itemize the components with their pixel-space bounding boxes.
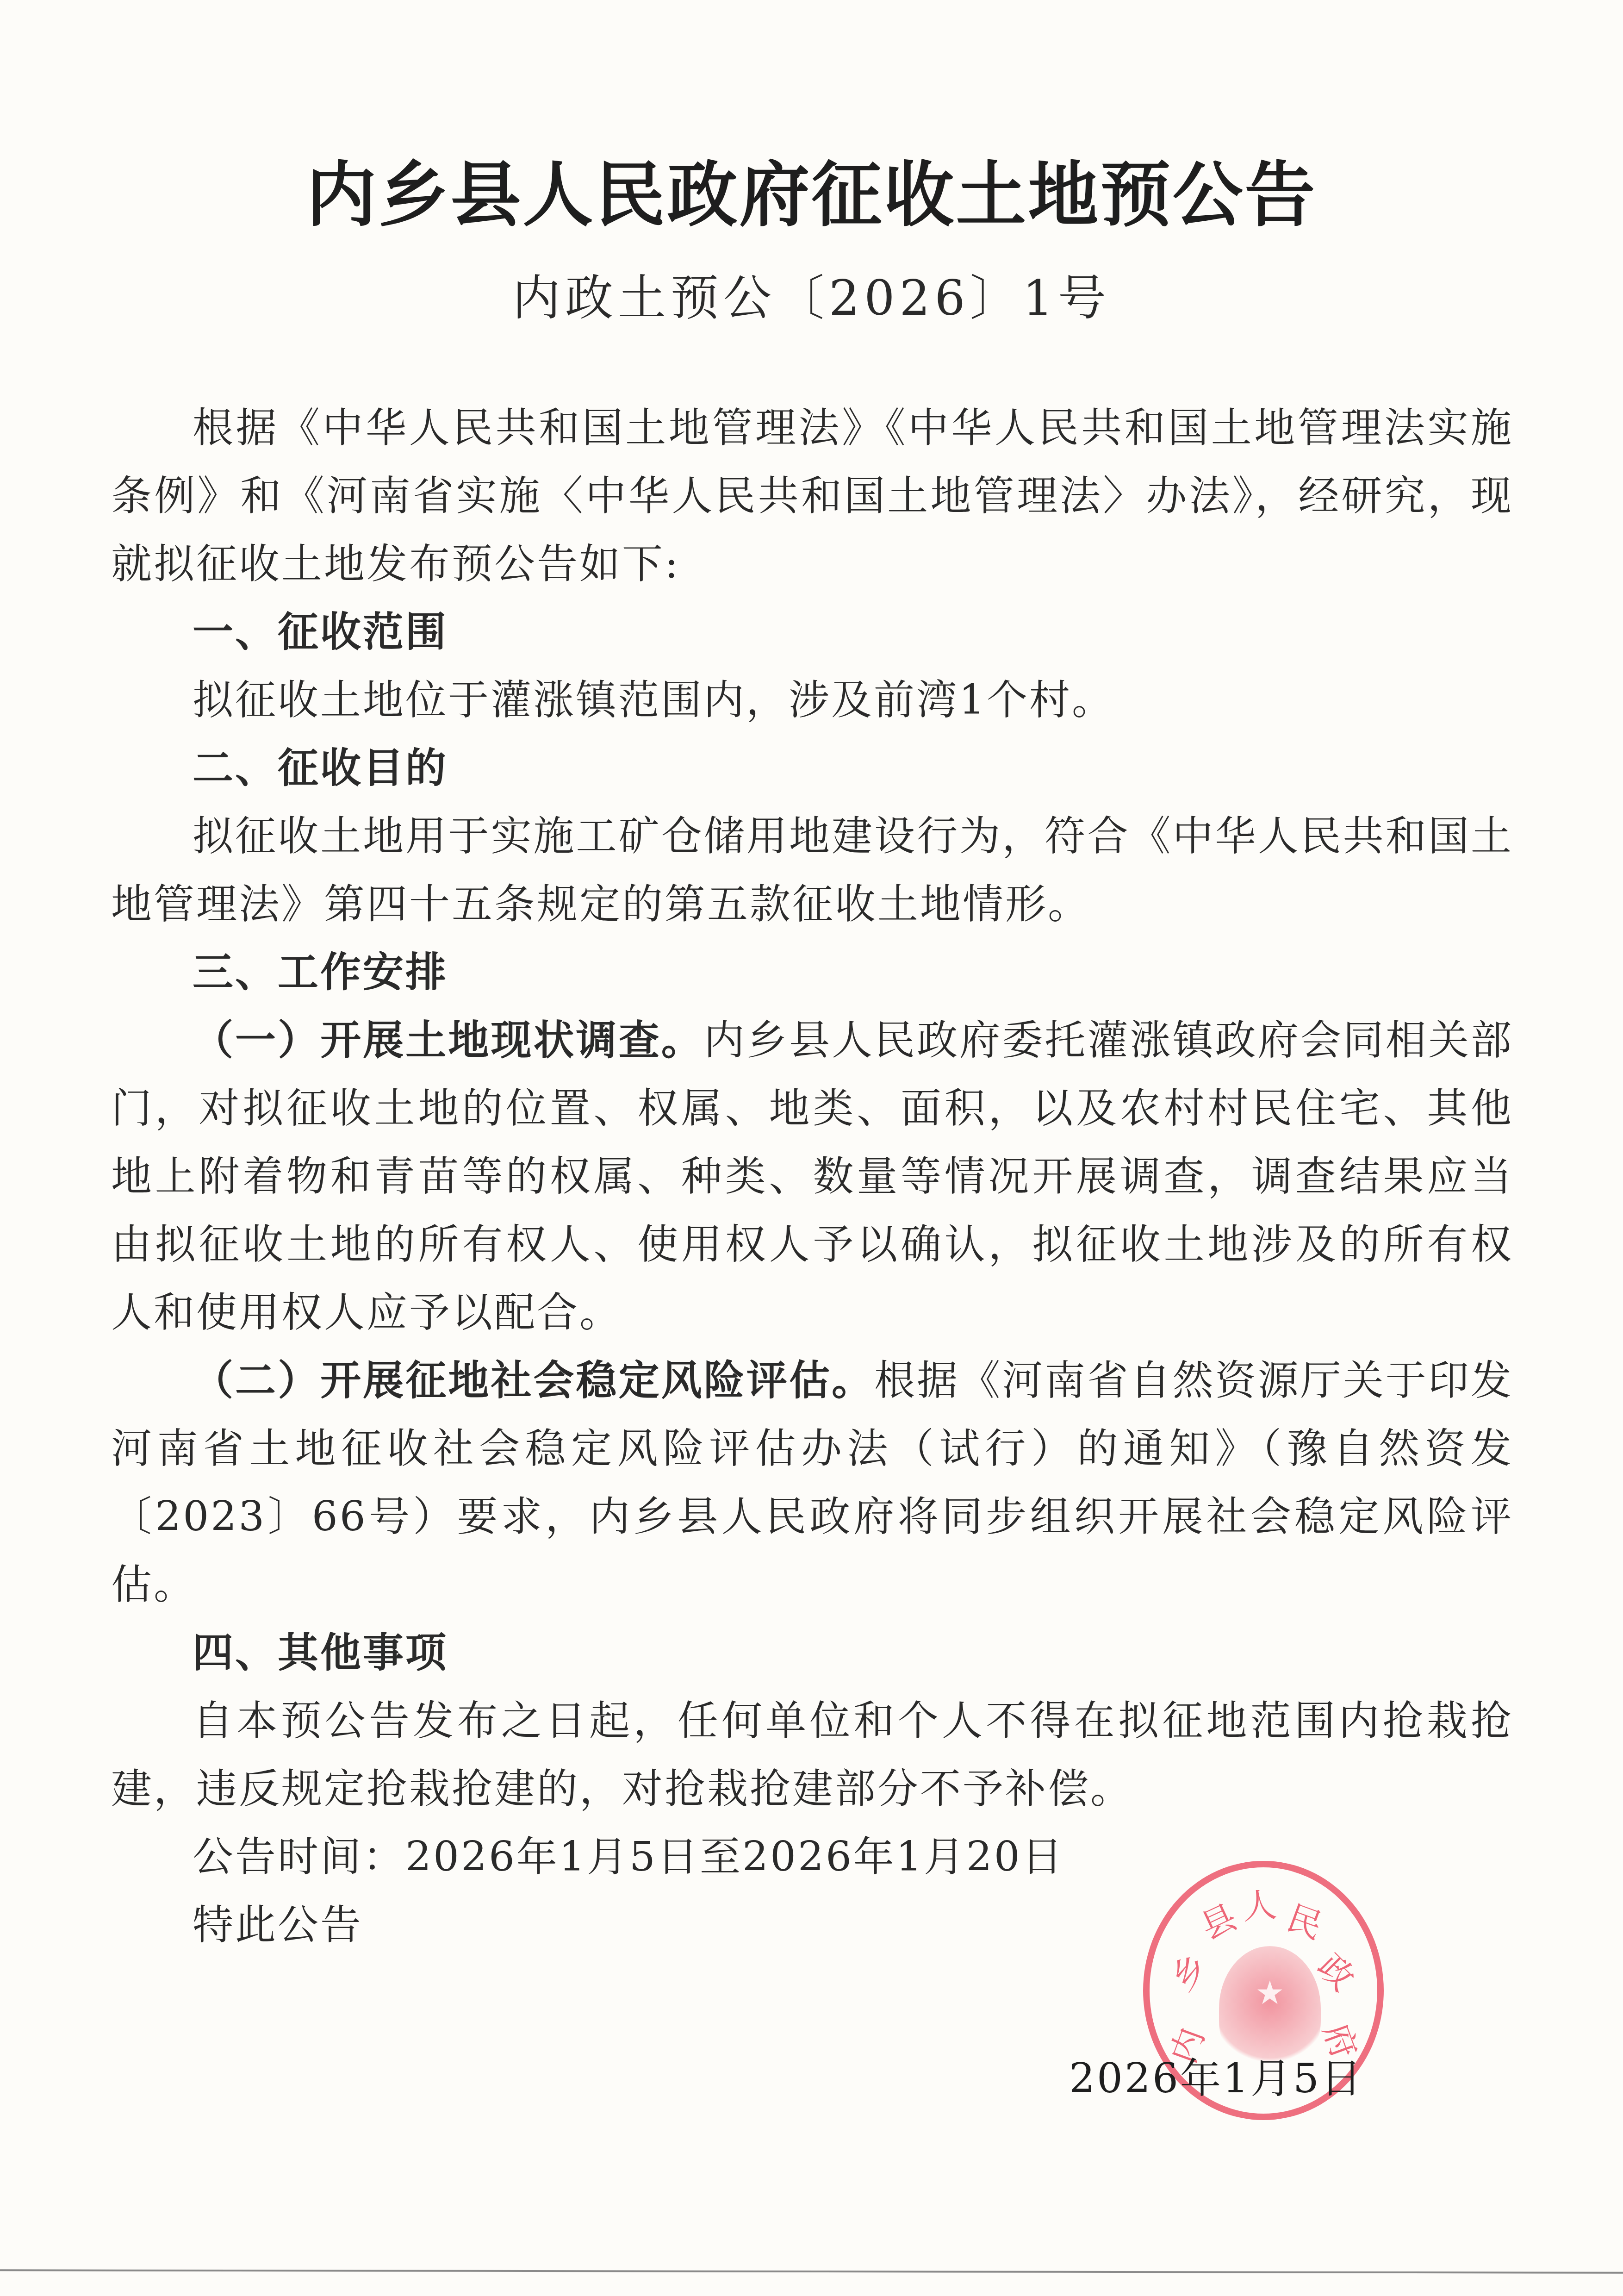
- seal-char: 乡: [1158, 1941, 1217, 2000]
- arrangement-survey-paragraph: （一）开展土地现状调查。内乡县人民政府委托灌涨镇政府会同相关部门，对拟征收土地的…: [111, 1006, 1513, 1346]
- seal-char: 人: [1240, 1878, 1279, 1929]
- signature-date: 2026年1月5日: [1069, 2046, 1363, 2104]
- section-heading-purpose: 二、征收目的: [111, 734, 1513, 802]
- page-bottom-rule: [0, 2269, 1623, 2274]
- section-heading-scope: 一、征收范围: [111, 598, 1513, 666]
- purpose-paragraph: 拟征收土地用于实施工矿仓储用地建设行为，符合《中华人民共和国土地管理法》第四十五…: [111, 802, 1513, 938]
- survey-text: 内乡县人民政府委托灌涨镇政府会同相关部门，对拟征收土地的位置、权属、地类、面积，…: [111, 1016, 1513, 1336]
- star-icon: ★: [1219, 1974, 1321, 2012]
- section-heading-other: 四、其他事项: [111, 1618, 1513, 1686]
- other-paragraph: 自本预公告发布之日起，任何单位和个人不得在拟征地范围内抢栽抢建，违反规定抢栽抢建…: [111, 1686, 1513, 1822]
- scope-paragraph: 拟征收土地位于灌涨镇范围内，涉及前湾1个村。: [111, 666, 1513, 734]
- section-heading-arrangement: 三、工作安排: [111, 938, 1513, 1006]
- risk-lead: （二）开展征地社会稳定风险评估。: [193, 1356, 874, 1404]
- document-title: 内乡县人民政府征收土地预公告: [0, 139, 1623, 240]
- document-body: 根据《中华人民共和国土地管理法》《中华人民共和国土地管理法实施条例》和《河南省实…: [111, 393, 1513, 1959]
- survey-lead: （一）开展土地现状调查。: [193, 1016, 704, 1064]
- intro-paragraph: 根据《中华人民共和国土地管理法》《中华人民共和国土地管理法实施条例》和《河南省实…: [111, 393, 1513, 598]
- seal-char: 民: [1281, 1891, 1330, 1949]
- arrangement-risk-paragraph: （二）开展征地社会稳定风险评估。根据《河南省自然资源厅关于印发河南省土地征收社会…: [111, 1346, 1513, 1618]
- seal-char: 县: [1192, 1890, 1244, 1949]
- document-number: 内政土预公〔2026〕1号: [0, 259, 1623, 329]
